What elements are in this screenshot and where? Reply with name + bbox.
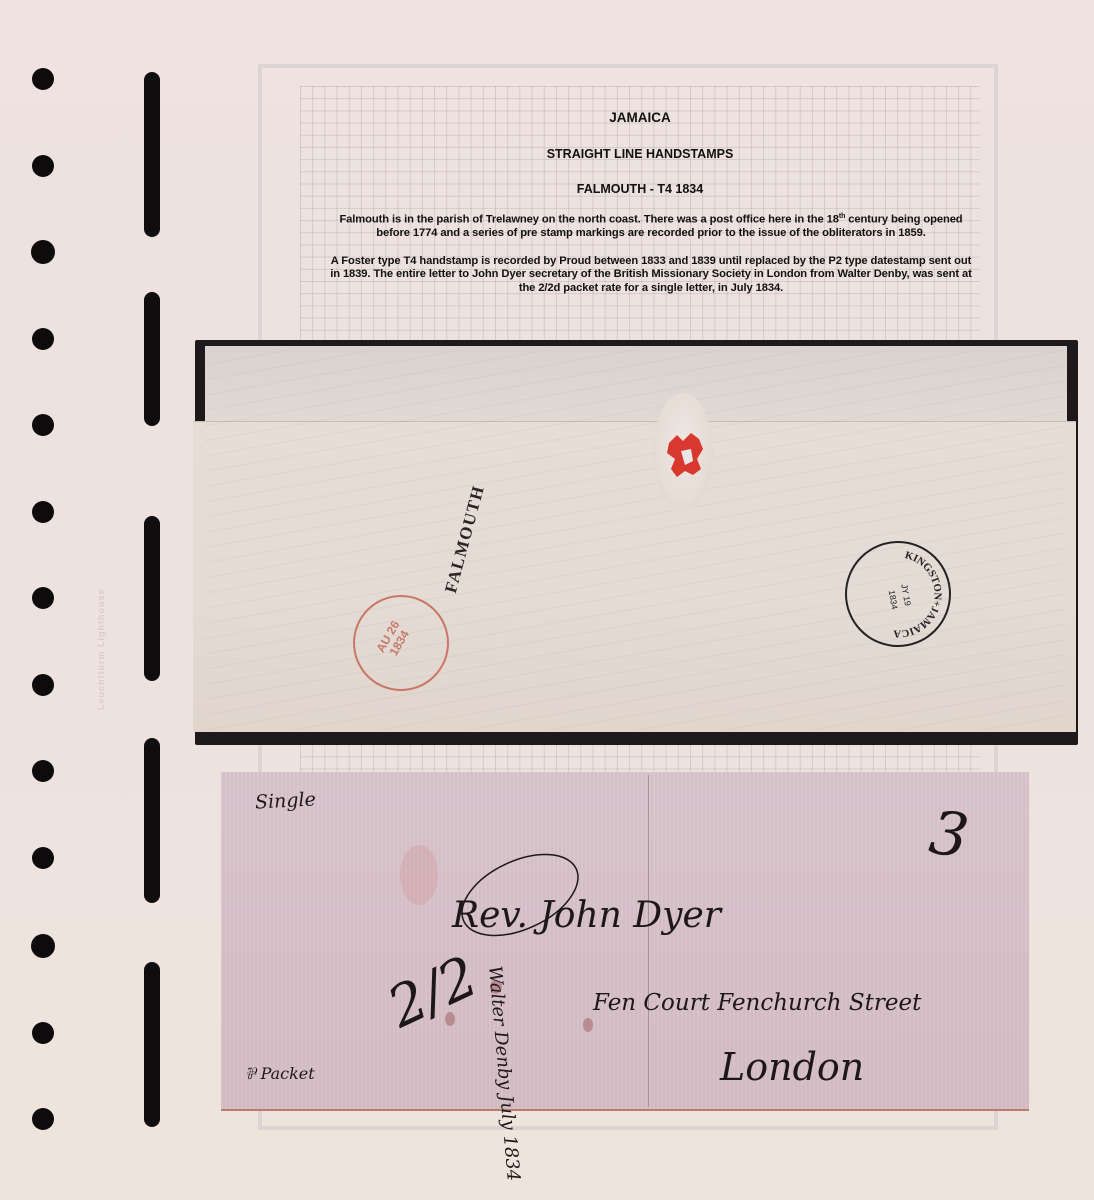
kingston-datestamp-icon: KINGSTON+JAMAICA JY 19 1834 [847,543,949,645]
binder-hole [31,934,55,958]
binder-hole [32,1022,54,1044]
address-line-3: London [720,1045,864,1089]
binder-slot [144,72,160,237]
binder-hole [31,240,55,264]
binder-hole [32,760,54,782]
binder-hole [32,1108,54,1130]
binder-hole [32,501,54,523]
binder-slot [144,962,160,1127]
foxing-spot [400,845,438,905]
letter-fold-line [648,775,649,1107]
svg-text:JY 19: JY 19 [899,583,913,607]
annotation-single: Single [254,788,316,813]
binder-hole [32,674,54,696]
annotation-packet: ⅌ Packet [245,1062,315,1084]
section-heading: FALMOUTH - T4 1834 [300,182,980,196]
red-wax-seal-icon [665,425,707,481]
description-paragraph-1: Falmouth is in the parish of Trelawney o… [330,210,972,241]
show-through-writing [205,350,1065,730]
binder-hole [32,328,54,350]
kingston-jamaica-datestamp: KINGSTON+JAMAICA JY 19 1834 [845,541,951,647]
binder-hole [32,68,54,90]
album-watermark: Leuchtturm Lighthouse [96,500,136,710]
svg-text:1834: 1834 [887,589,900,610]
binder-hole [32,155,54,177]
binder-slot [144,292,160,426]
binder-hole [32,847,54,869]
foxing-spot [583,1018,593,1032]
red-datestamp: AU 26 1834 [353,595,449,691]
binder-hole [32,414,54,436]
description-paragraph-2: A Foster type T4 handstamp is recorded b… [330,255,972,296]
binder-hole [32,587,54,609]
page-title: JAMAICA [300,110,980,125]
red-datestamp-text: AU 26 1834 [374,619,414,661]
oval-flourish-icon [440,840,600,960]
address-line-2: Fen Court Fenchurch Street [593,990,921,1016]
binder-slot [144,738,160,903]
page-subtitle: STRAIGHT LINE HANDSTAMPS [300,147,980,161]
write-up: JAMAICA STRAIGHT LINE HANDSTAMPS FALMOUT… [300,100,980,295]
binder-slot [144,516,160,681]
letter-front [221,772,1029,1111]
